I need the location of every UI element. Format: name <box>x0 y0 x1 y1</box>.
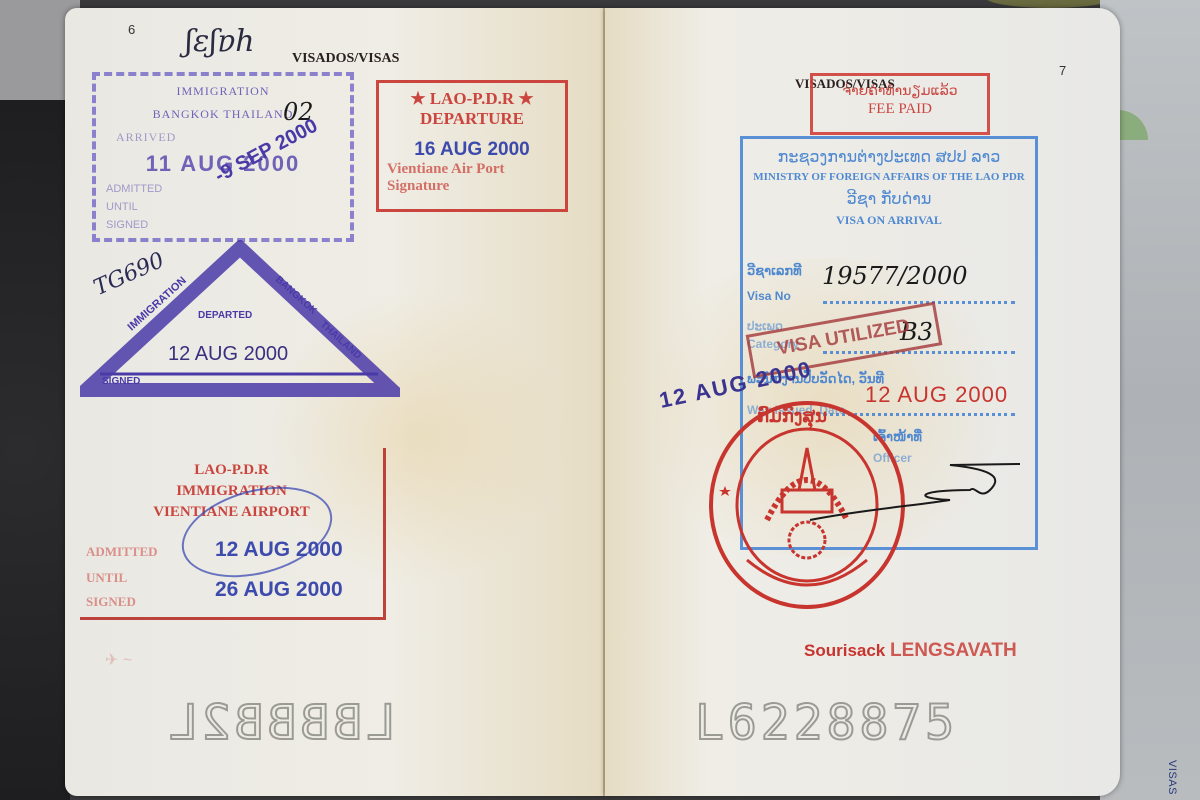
perforation-text: LBBBB2L <box>165 695 395 751</box>
perforated-passport-number: LBBBB2L <box>165 695 395 751</box>
visa-number-handwritten: 19577/2000 <box>822 262 968 290</box>
stamp-line: DEPARTURE <box>379 109 565 129</box>
stamp-row: Signature <box>379 178 565 195</box>
officer-signature <box>800 460 1020 530</box>
page-heading: VISADOS/VISAS <box>292 51 399 67</box>
stamp-date: 12 AUG 2000 <box>168 343 288 366</box>
stamp-line: MINISTRY OF FOREIGN AFFAIRS OF THE LAO P… <box>743 171 1035 183</box>
until-date: 26 AUG 2000 <box>215 578 343 602</box>
field-label-lao: ວີຊາເລກທີ <box>747 263 802 279</box>
faint-stamp-remnant: ✈ ~ <box>105 650 132 670</box>
stamp-line: LAO-P.D.R <box>80 462 383 479</box>
stamp-line: VISA ON ARRIVAL <box>743 213 1035 228</box>
coin <box>985 0 1115 8</box>
stamp-line: FEE PAID <box>813 101 987 118</box>
stamp-row: UNTIL <box>96 201 350 213</box>
page-number: 6 <box>128 22 135 37</box>
page-number: 7 <box>1059 63 1066 78</box>
bangkok-arrival-stamp: IMMIGRATION BANGKOK THAILAND ARRIVED 11 … <box>92 72 354 242</box>
perforated-passport-number: L6228875 <box>695 695 958 751</box>
stamp-line: ວີຊາ ກັບດ່ານ <box>743 189 1035 209</box>
officer-last-name: LENGSAVATH <box>890 640 1017 661</box>
stamp-line: SIGNED <box>102 376 140 387</box>
stamp-row: SIGNED <box>86 594 136 610</box>
stamp-row: Vientiane Air Port <box>379 161 565 178</box>
officer-first-name: Sourisack <box>804 641 885 660</box>
stamp-line: ກະຊວງການຕ່າງປະເທດ ສປປ ລາວ <box>743 147 1035 167</box>
stamp-line: DEPARTED <box>198 310 252 321</box>
handwritten-signature: ʃɛʃɐh <box>185 24 255 59</box>
fee-paid-stamp: ຈ່າຍຄ່າທຳນຽມແລ້ວ FEE PAID <box>810 73 990 135</box>
stamp-date: 16 AUG 2000 <box>379 139 565 161</box>
seal-text-top: ກົມກົງສຸນ <box>757 406 827 427</box>
perforation-text: L6228875 <box>695 695 958 751</box>
stamp-row: SIGNED <box>96 219 350 231</box>
lao-departure-stamp: ★ LAO-P.D.R ★ DEPARTURE 16 AUG 2000 Vien… <box>376 80 568 212</box>
field-label: Visa No <box>747 289 791 303</box>
green-pattern <box>1118 110 1148 140</box>
table-surface <box>0 100 70 800</box>
side-visas-label: VISAS <box>1166 760 1178 795</box>
stamp-line: ★ LAO-P.D.R ★ <box>379 89 565 109</box>
stamp-line: IMMIGRATION <box>96 84 350 99</box>
stamp-row: ADMITTED <box>86 544 158 560</box>
officer-name-stamp: Sourisack LENGSAVATH <box>804 640 1017 662</box>
stamp-line: ຈ່າຍຄ່າທຳນຽມແລ້ວ <box>813 82 987 99</box>
stamp-row: UNTIL <box>86 570 127 586</box>
